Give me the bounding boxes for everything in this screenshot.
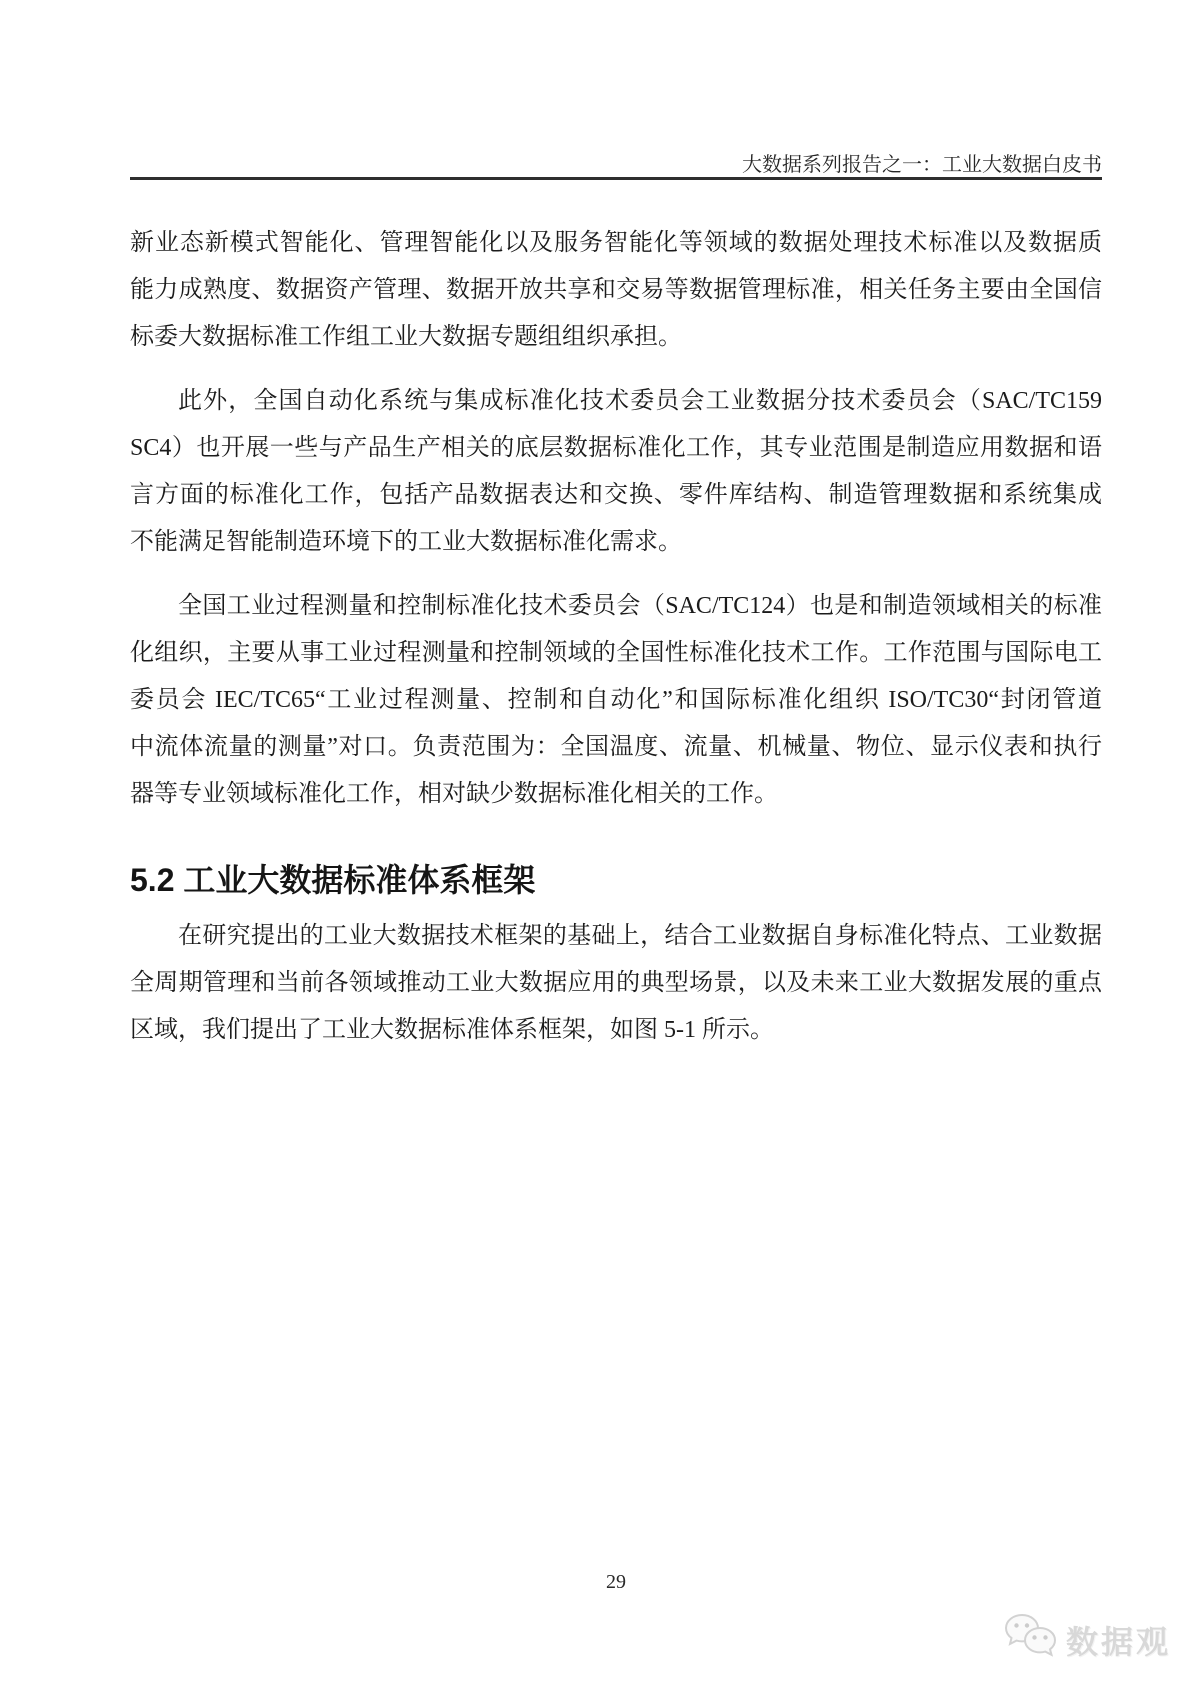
paragraph-line: 在研究提出的工业大数据技术框架的基础上，结合工业数据自身标准化特点、工业数据 <box>130 913 1102 960</box>
paragraph-line: 中流体流量的测量”对口。负责范围为：全国温度、流量、机械量、物位、显示仪表和执行 <box>130 724 1102 771</box>
paragraph-line: 言方面的标准化工作，包括产品数据表达和交换、零件库结构、制造管理数据和系统集成等… <box>130 472 1102 519</box>
document-body: 新业态新模式智能化、管理智能化以及服务智能化等领域的数据处理技术标准以及数据质量… <box>130 220 1102 1054</box>
page-header-title: 大数据系列报告之一：工业大数据白皮书 <box>742 154 1102 176</box>
paragraph: 此外，全国自动化系统与集成标准化技术委员会工业数据分技术委员会（SAC/TC15… <box>130 378 1102 566</box>
page-header: 大数据系列报告之一：工业大数据白皮书 <box>130 153 1102 180</box>
paragraph-line: 能力成熟度、数据资产管理、数据开放共享和交易等数据管理标准，相关任务主要由全国信 <box>130 267 1102 314</box>
paragraph: 新业态新模式智能化、管理智能化以及服务智能化等领域的数据处理技术标准以及数据质量… <box>130 220 1102 361</box>
paragraph-line: 新业态新模式智能化、管理智能化以及服务智能化等领域的数据处理技术标准以及数据质量… <box>130 220 1102 267</box>
paragraph-line: 委员会 IEC/TC65“工业过程测量、控制和自动化”和国际标准化组织 ISO/… <box>130 677 1102 724</box>
paragraph-line: 区域，我们提出了工业大数据标准体系框架，如图 5-1 所示。 <box>130 1007 1102 1054</box>
watermark-label: 数据观 <box>1066 1617 1171 1663</box>
paragraph-line: 全周期管理和当前各领域推动工业大数据应用的典型场景，以及未来工业大数据发展的重点 <box>130 960 1102 1007</box>
paragraph-line: 化组织，主要从事工业过程测量和控制领域的全国性标准化技术工作。工作范围与国际电工 <box>130 630 1102 677</box>
document-page: 大数据系列报告之一：工业大数据白皮书 新业态新模式智能化、管理智能化以及服务智能… <box>0 0 1200 1696</box>
paragraph-line: 标委大数据标准工作组工业大数据专题组组织承担。 <box>130 314 1102 361</box>
paragraph-line: 不能满足智能制造环境下的工业大数据标准化需求。 <box>130 519 1102 566</box>
paragraph-line: SC4）也开展一些与产品生产相关的底层数据标准化工作，其专业范围是制造应用数据和… <box>130 425 1102 472</box>
dataview-watermark: 数据观 <box>1002 1612 1171 1667</box>
paragraph-line: 此外，全国自动化系统与集成标准化技术委员会工业数据分技术委员会（SAC/TC15… <box>130 378 1102 425</box>
paragraph: 全国工业过程测量和控制标准化技术委员会（SAC/TC124）也是和制造领域相关的… <box>130 583 1102 818</box>
section-heading: 5.2 工业大数据标准体系框架 <box>130 855 1102 905</box>
paragraph-line: 全国工业过程测量和控制标准化技术委员会（SAC/TC124）也是和制造领域相关的… <box>130 583 1102 630</box>
paragraph-line: 器等专业领域标准化工作，相对缺少数据标准化相关的工作。 <box>130 771 1102 818</box>
paragraph: 在研究提出的工业大数据技术框架的基础上，结合工业数据自身标准化特点、工业数据 全… <box>130 913 1102 1054</box>
page-number: 29 <box>130 1570 1102 1594</box>
chat-bubbles-icon <box>1002 1612 1058 1667</box>
